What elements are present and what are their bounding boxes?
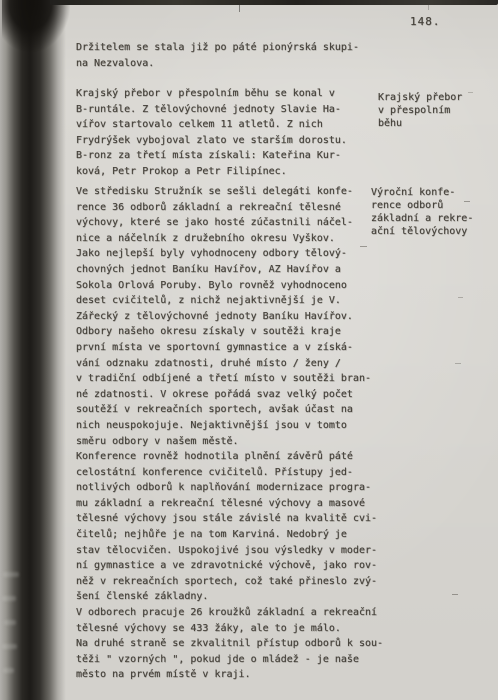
text-line: základní a rekre- — [371, 212, 473, 225]
text-line: těži " vzorných ", pokud jde o mládež - … — [76, 652, 383, 668]
text-line: vání odznaku zdatnosti, druhé místo / že… — [76, 356, 383, 372]
text-line: vířov startovalo celkem 11 atletů. Z nic… — [76, 117, 347, 133]
text-line: výchovy, které se jako hosté zúčastnili … — [76, 215, 383, 231]
print-through-smudge — [2, 596, 16, 601]
text-line: v tradiční odbíjené a třetí místo v sout… — [76, 371, 383, 387]
text-line: Držitelem se stala již po páté pionýrská… — [76, 40, 359, 56]
text-line: nich neuspokojuje. Nejaktivnější jsou v … — [76, 418, 383, 434]
scan-artifact-dash — [464, 201, 470, 202]
scan-artifact-tick — [428, 5, 429, 10]
margin-note-cross-country: Krajský přeborv přespolnímběhu — [378, 91, 462, 130]
margin-note-annual-conference: Výroční konfe-rence odborůzákladní a rek… — [371, 186, 473, 238]
text-line: Odbory našeho okresu získaly v soutěži k… — [76, 324, 383, 340]
scan-artifact-dash — [455, 363, 461, 364]
text-line: deset cvičitelů, z nichž nejaktivnější j… — [76, 293, 383, 309]
text-line: nice a náčelník z družebního okresu Vyšk… — [76, 231, 383, 247]
paragraph-cross-country-race: Krajský přebor v přespolním běhu se kona… — [76, 86, 347, 180]
text-line: ní gymnastice a ve zdravotnické výchově,… — [76, 558, 383, 574]
text-line: na Nezvalova. — [76, 56, 359, 72]
text-line: běhu — [378, 117, 462, 130]
text-line: město na prvém místě v kraji. — [76, 667, 383, 683]
text-line: Krajský přebor — [378, 91, 462, 104]
text-line: celostátní konference cvičitelů. Přístup… — [76, 465, 383, 481]
book-spine-shadow — [0, 0, 66, 700]
scan-artifact-dash — [468, 92, 473, 93]
text-line: rence 36 odborů základní a rekreační těl… — [76, 200, 383, 216]
text-line: V odborech pracuje 26 kroužků základní a… — [76, 605, 383, 621]
text-line: něž v rekreačních sportech, což také při… — [76, 574, 383, 590]
text-line: Ve středisku Stružník se sešli delegáti … — [76, 184, 383, 200]
scan-artifact-dash — [458, 297, 463, 298]
scan-artifact-dash — [452, 594, 458, 595]
text-line: B-ronz za třetí místa získali: Kateřina … — [76, 148, 347, 164]
text-line: ková, Petr Prokop a Petr Filipínec. — [76, 164, 347, 180]
text-line: Zářecký z tělovýchovné jednoty Baníku Ha… — [76, 309, 383, 325]
text-line: v přespolním — [378, 104, 462, 117]
print-through-smudge — [3, 668, 14, 673]
print-through-smudge — [4, 620, 16, 625]
print-through-smudge — [2, 644, 17, 649]
paragraph-annual-conference: Ve středisku Stružník se sešli delegáti … — [76, 184, 383, 683]
text-line: Krajský přebor v přespolním běhu se kona… — [76, 86, 347, 102]
scan-artifact-tick — [239, 5, 240, 12]
text-line: rence odborů — [371, 199, 473, 212]
page-number: 148. — [410, 15, 441, 28]
text-line: šení členské základny. — [76, 589, 383, 605]
text-line: Na druhé straně se zkvalitnil přístup od… — [76, 636, 383, 652]
scan-top-edge — [50, 0, 498, 5]
text-line: směru odbory v našem městě. — [76, 434, 383, 450]
text-line: Sokola Orlová Poruby. Bylo rovněž vyhodn… — [76, 278, 383, 294]
text-line: soutěží v rekreačních sportech, avšak úč… — [76, 402, 383, 418]
text-line: Výroční konfe- — [371, 186, 473, 199]
text-line: tělesné výchovy se 433 žáky, ale to je m… — [76, 621, 383, 637]
text-line: chovných jednot Baníku Havířov, AZ Havíř… — [76, 262, 383, 278]
text-line: Jako nejlepší byly vyhodnoceny odbory tě… — [76, 246, 383, 262]
scan-artifact-dash — [360, 246, 367, 247]
text-line: Konference rovněž hodnotila plnění závěr… — [76, 449, 383, 465]
text-line: stav tělocvičen. Uspokojivé jsou výsledk… — [76, 543, 383, 559]
text-line: čitelů; nejhůře je na tom Karviná. Nedob… — [76, 527, 383, 543]
text-line: tělesné výchovy jsou stále závislé na kv… — [76, 511, 383, 527]
text-line: mu základní a rekreační tělesné výchovy … — [76, 496, 383, 512]
text-line: B-runtále. Z tělovýchovné jednoty Slavie… — [76, 102, 347, 118]
text-line: né zdatnosti. V okrese pořádá svaz velký… — [76, 387, 383, 403]
text-line: notlivých odborů k naplňování modernizac… — [76, 480, 383, 496]
print-through-smudge — [3, 572, 19, 577]
scanned-page: { "page": { "number": "148." }, "body": … — [0, 0, 498, 700]
text-line: ační tělovýchovy — [371, 225, 473, 238]
text-line: Frydrýšek vybojoval zlato ve starším dor… — [76, 133, 347, 149]
text-line: první místa ve sportovní gymnastice a v … — [76, 340, 383, 356]
paragraph-pioneer-group: Držitelem se stala již po páté pionýrská… — [76, 40, 359, 71]
